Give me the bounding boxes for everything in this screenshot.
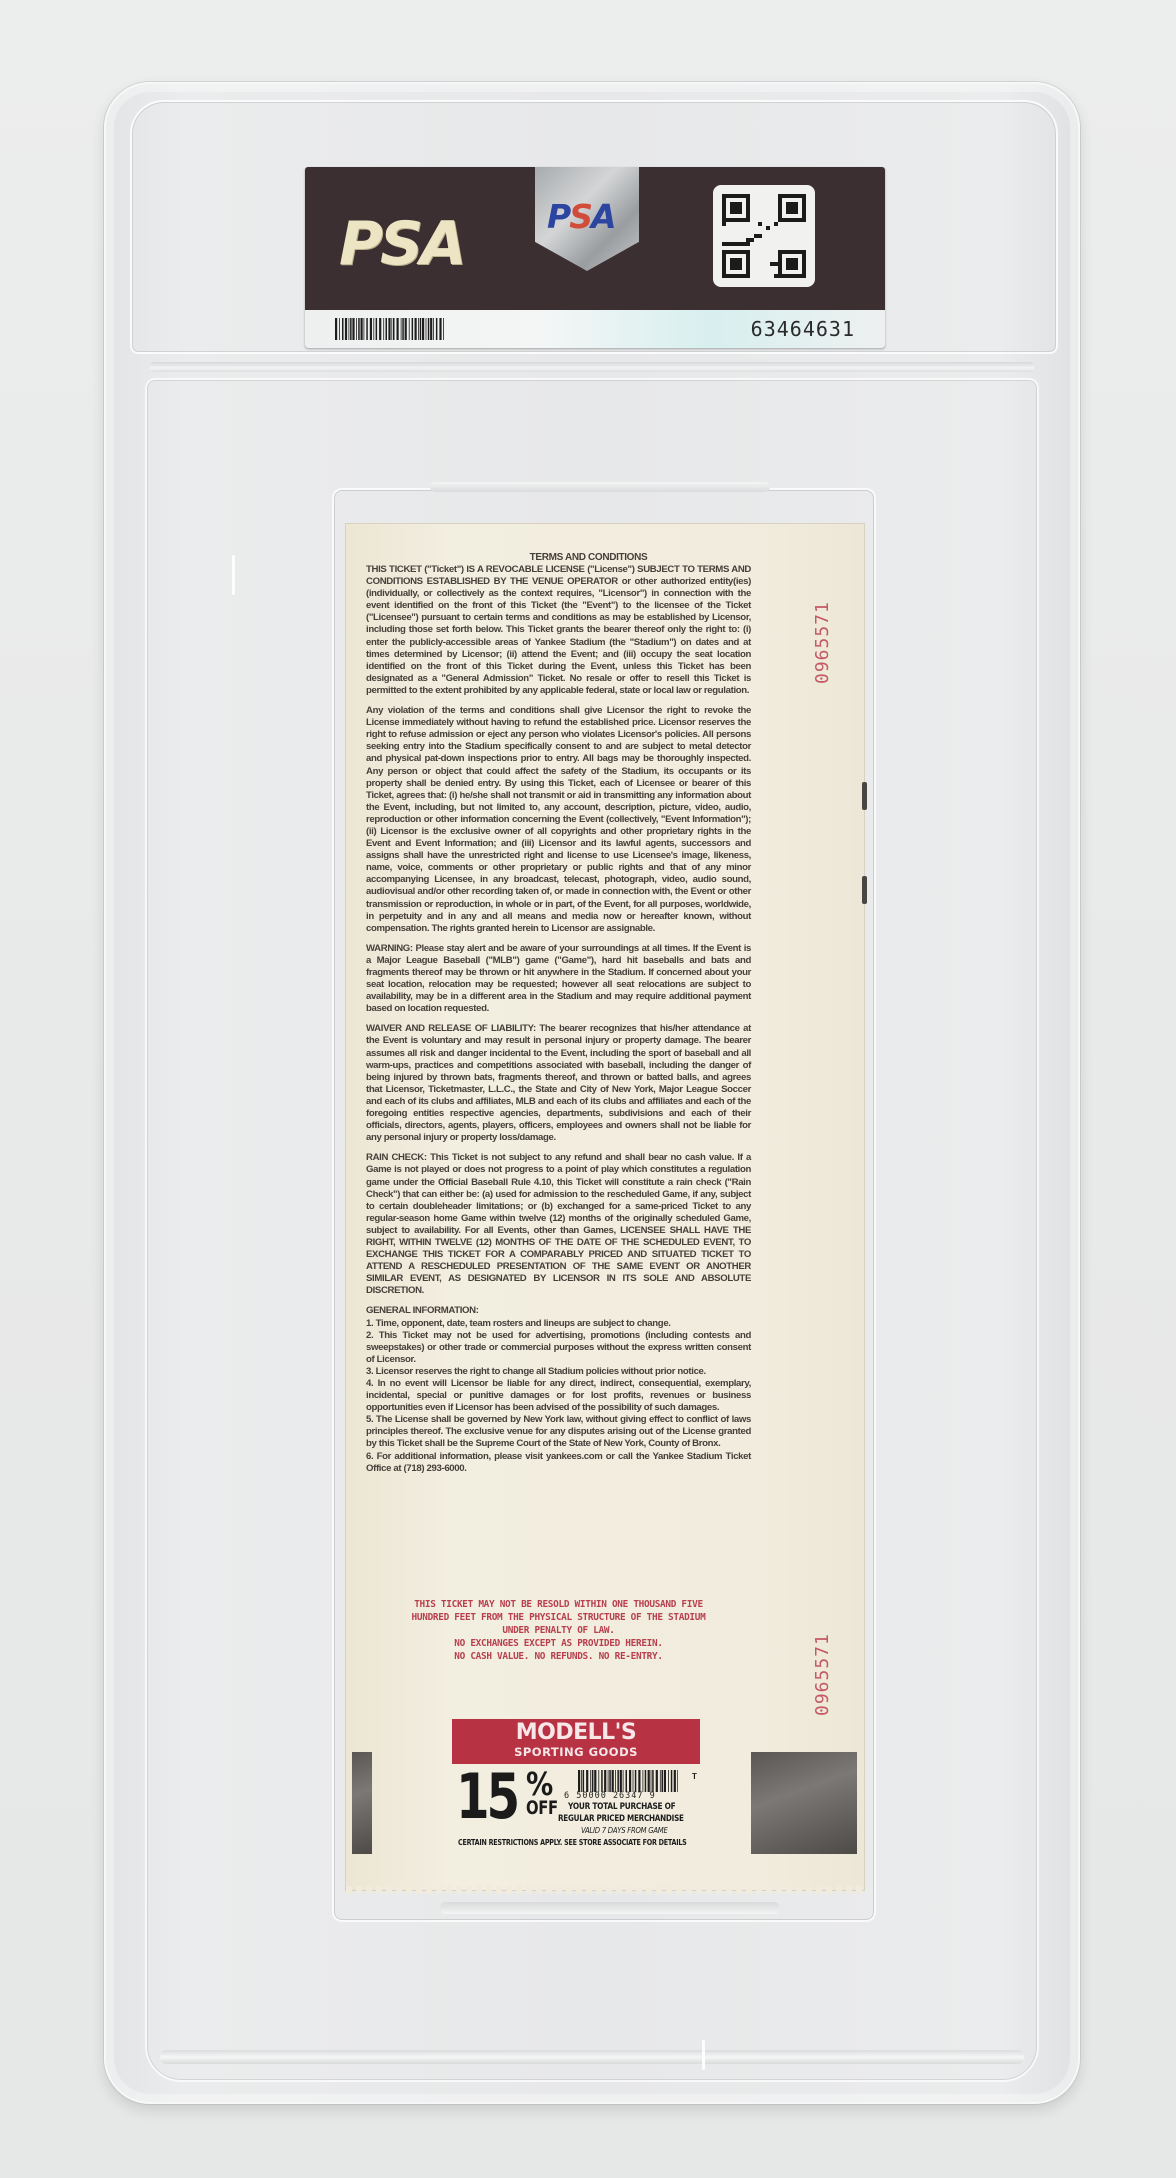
- general-info-item: 6. For additional information, please vi…: [366, 1451, 751, 1475]
- serial-number-bottom: 0965571: [812, 1633, 833, 1716]
- serial-number-top: 0965571: [812, 601, 833, 684]
- coupon-line: REGULAR PRICED MERCHANDISE: [558, 1814, 684, 1824]
- psa-label: PSA PSA 63464631: [305, 167, 885, 348]
- coupon-line: YOUR TOTAL PURCHASE OF: [568, 1802, 675, 1812]
- ticket-notch: [862, 782, 867, 810]
- notice-line: THIS TICKET MAY NOT BE RESOLD WITHIN ONE…: [366, 1598, 751, 1611]
- notice-line: NO EXCHANGES EXCEPT AS PROVIDED HEREIN.: [366, 1637, 751, 1650]
- discount-percent: %: [526, 1768, 553, 1800]
- discount-value: 15: [456, 1766, 517, 1828]
- terms-title: TERMS AND CONDITIONS: [366, 552, 751, 564]
- well-tab-top: [430, 482, 770, 492]
- coupon-barcode-number: 6 50000 26347 9: [564, 1791, 656, 1801]
- notice-line: UNDER PENALTY OF LAW.: [366, 1624, 751, 1637]
- psa-hologram: PSA: [535, 167, 639, 271]
- hologram-letter: S: [569, 197, 591, 236]
- label-barcode-strip: 63464631: [305, 310, 885, 348]
- warning-paragraph: WARNING: Please stay alert and be aware …: [366, 943, 751, 1016]
- hologram-logo: PSA: [547, 197, 615, 236]
- general-info-item: 2. This Ticket may not be used for adver…: [366, 1330, 751, 1366]
- coupon-barcode-icon: [578, 1770, 678, 1792]
- discount-off: OFF: [526, 1798, 558, 1818]
- barcode-icon: [335, 318, 445, 340]
- hologram-letter: A: [591, 197, 615, 236]
- glare-highlight: [232, 555, 235, 595]
- psa-logo: PSA: [339, 209, 464, 279]
- general-info-item: 5. The License shall be governed by New …: [366, 1414, 751, 1450]
- rain-check-paragraph: RAIN CHECK: This Ticket is not subject t…: [366, 1152, 751, 1297]
- hologram-letter: P: [547, 197, 569, 236]
- coupon-restrictions: CERTAIN RESTRICTIONS APPLY. SEE STORE AS…: [458, 1838, 687, 1847]
- coupon-validity: VALID 7 DAYS FROM GAME: [581, 1826, 668, 1835]
- general-info-item: 4. In no event will Licensor be liable f…: [366, 1378, 751, 1414]
- terms-paragraph: THIS TICKET ("Ticket") IS A REVOCABLE LI…: [366, 564, 751, 697]
- waiver-paragraph: WAIVER AND RELEASE OF LIABILITY: The bea…: [366, 1023, 751, 1144]
- well-tab-bottom: [440, 1902, 780, 1914]
- terms-and-conditions: TERMS AND CONDITIONS THIS TICKET ("Ticke…: [366, 552, 751, 1475]
- side-photo-right: [751, 1752, 857, 1854]
- ticket-notch: [862, 876, 867, 904]
- terms-paragraph: Any violation of the terms and condition…: [366, 705, 751, 935]
- modells-subtitle: SPORTING GOODS: [452, 1745, 700, 1759]
- ticket-back: TERMS AND CONDITIONS THIS TICKET ("Ticke…: [346, 524, 864, 1890]
- modells-logo: MODELL'S SPORTING GOODS: [452, 1719, 700, 1764]
- side-photo-left: [352, 1752, 372, 1854]
- resale-notice: THIS TICKET MAY NOT BE RESOLD WITHIN ONE…: [366, 1598, 751, 1663]
- qr-code-icon[interactable]: [713, 185, 815, 287]
- slab-bottom-rim: [160, 2050, 1024, 2064]
- coupon-barcode-suffix: T: [692, 1772, 697, 1781]
- modells-brand: MODELL'S: [452, 1719, 700, 1745]
- general-info-title: GENERAL INFORMATION:: [366, 1305, 751, 1317]
- cert-number: 63464631: [751, 317, 855, 341]
- general-info-item: 1. Time, opponent, date, team rosters an…: [366, 1318, 751, 1330]
- glare-highlight: [702, 2040, 705, 2070]
- notice-line: HUNDRED FEET FROM THE PHYSICAL STRUCTURE…: [366, 1611, 751, 1624]
- discount-offer: 15 % OFF: [456, 1766, 534, 1828]
- notice-line: NO CASH VALUE. NO REFUNDS. NO RE-ENTRY.: [366, 1650, 751, 1663]
- slab-divider: [150, 362, 1034, 372]
- general-info-item: 3. Licensor reserves the right to change…: [366, 1366, 751, 1378]
